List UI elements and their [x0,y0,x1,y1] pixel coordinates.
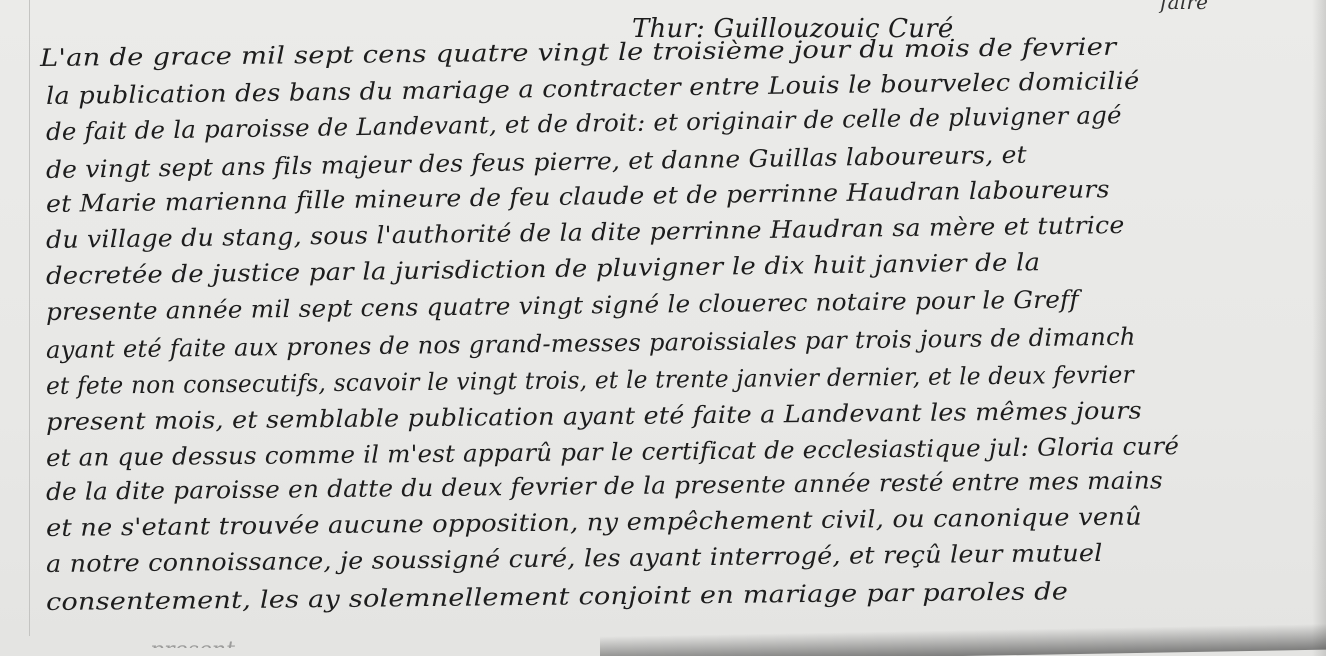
text-line-9: ayant eté faite aux prones de nos grand-… [46,323,1136,364]
text-line-13: de la dite paroisse en datte du deux fev… [46,466,1163,506]
margin-rule [29,0,30,636]
text-line-11: present mois, et semblable publication a… [46,397,1142,436]
text-line-10: et fete non consecutifs, scavoir le ving… [46,361,1134,400]
text-line-14: et ne s'etant trouvée aucune opposition,… [46,503,1142,542]
text-line-15: a notre connoissance, je soussigné curé,… [46,539,1103,578]
text-line-6: du village du stang, sous l'authorité de… [46,211,1125,254]
corner-fragment: faire [1160,0,1208,14]
cut-off-bottom-line: present . . . [150,638,277,656]
text-line-16: consentement, les ay solemnellement conj… [46,577,1068,616]
text-line-5: et Marie marienna fille mineure de feu c… [46,175,1110,218]
text-line-1: L'an de grace mil sept cens quatre vingt… [40,33,1117,72]
text-line-7: decretée de justice par la jurisdiction … [46,248,1041,290]
text-line-12: et an que dessus comme il m'est apparû p… [46,432,1179,472]
page-fold-shadow [600,624,1326,656]
page-edge-shadow [1312,0,1326,656]
text-line-8: presente année mil sept cens quatre ving… [46,285,1079,326]
register-page: faire Thur: Guillouzouic Curé L'an de gr… [0,0,1326,656]
text-line-3: de fait de la paroisse de Landevant, et … [46,101,1122,146]
